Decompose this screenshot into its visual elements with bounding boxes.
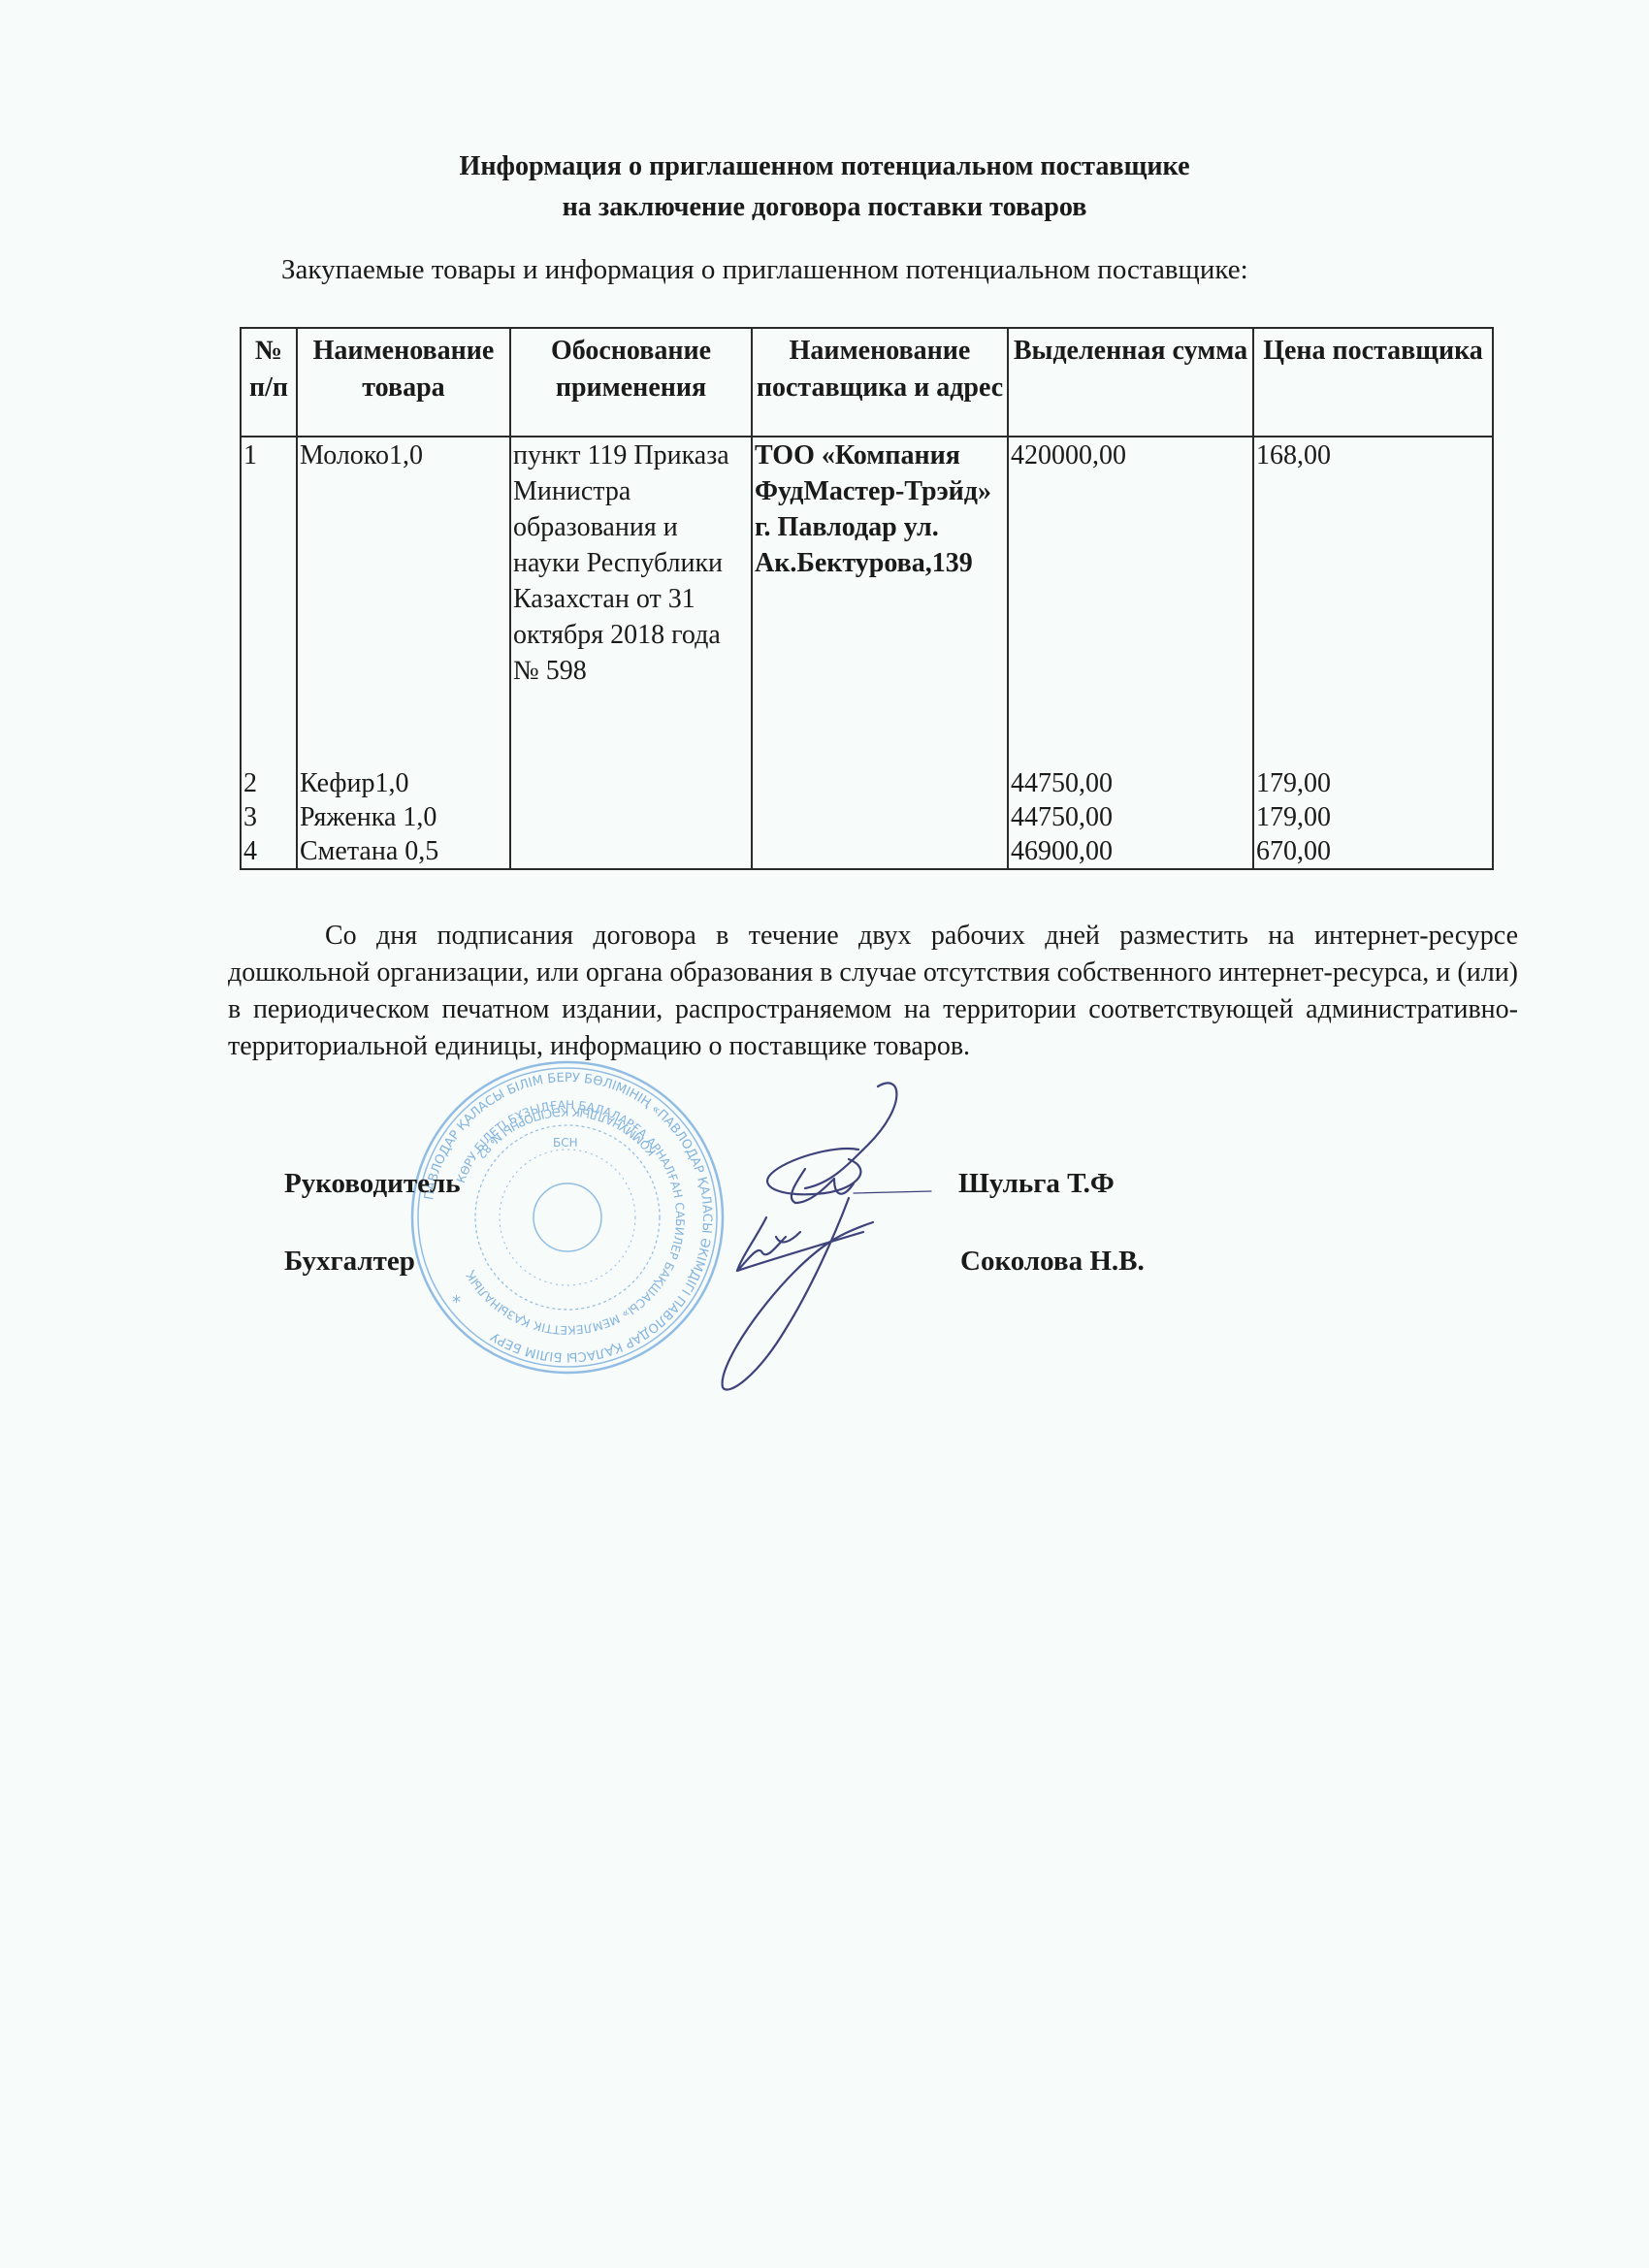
row-num: 4 — [241, 834, 297, 869]
row-num: 3 — [241, 800, 297, 834]
publication-note: Со дня подписания договора в течение дву… — [228, 918, 1518, 1065]
header-allocated-amount: Выделенная сумма — [1008, 328, 1253, 437]
row-goods-name: Ряженка 1,0 — [297, 800, 510, 834]
stamp-bin-label: БСН — [553, 1136, 578, 1150]
row-price: 179,00 — [1253, 766, 1493, 800]
handwritten-signature-icon — [640, 1077, 970, 1407]
accountant-role-label: Бухгалтер — [284, 1246, 415, 1278]
header-supplier-price: Цена поставщика — [1253, 328, 1493, 437]
document-title: Информация о приглашенном потенциальном … — [25, 146, 1625, 227]
header-supplier: Наименование поставщика и адрес — [752, 328, 1008, 437]
row-price: 179,00 — [1253, 800, 1493, 834]
row-price: 168,00 — [1253, 437, 1493, 766]
table-header-row: № п/п Наименование товара Обоснование пр… — [241, 328, 1493, 437]
row-supplier: ТОО «Компания ФудМастер-Трэйд» г. Павлод… — [752, 437, 1008, 869]
title-line-1: Информация о приглашенном потенциальном … — [25, 146, 1625, 186]
row-goods-name: Молоко1,0 — [297, 437, 510, 766]
document-subtitle: Закупаемые товары и информация о приглаш… — [281, 250, 1248, 289]
row-amount: 44750,00 — [1008, 800, 1253, 834]
row-goods-name: Кефир1,0 — [297, 766, 510, 800]
row-price: 670,00 — [1253, 834, 1493, 869]
header-num: № п/п — [241, 328, 297, 437]
header-goods-name: Наименование товара — [297, 328, 510, 437]
row-justification: пункт 119 Приказа Министра образования и… — [510, 437, 752, 869]
header-justification: Обоснование применения — [510, 328, 752, 437]
row-num: 2 — [241, 766, 297, 800]
table-row: 1 Молоко1,0 пункт 119 Приказа Министра о… — [241, 437, 1493, 766]
head-role-label: Руководитель — [284, 1168, 461, 1200]
svg-text:КОММУНАЛДЫҚ КӘСІПОРНЫ № 82: КОММУНАЛДЫҚ КӘСІПОРНЫ № 82 — [474, 1105, 659, 1161]
goods-table: № п/п Наименование товара Обоснование пр… — [240, 327, 1494, 870]
stamp-bottom-text: КОММУНАЛДЫҚ КӘСІПОРНЫ № 82 — [474, 1105, 659, 1161]
row-amount: 46900,00 — [1008, 834, 1253, 869]
row-goods-name: Сметана 0,5 — [297, 834, 510, 869]
title-line-2: на заключение договора поставки товаров — [25, 186, 1625, 227]
accountant-name: Соколова Н.В. — [960, 1246, 1145, 1278]
row-num: 1 — [241, 437, 297, 766]
row-amount: 44750,00 — [1008, 766, 1253, 800]
row-amount: 420000,00 — [1008, 437, 1253, 766]
head-name: Шульга Т.Ф — [958, 1168, 1115, 1200]
svg-text:*: * — [452, 1292, 461, 1312]
